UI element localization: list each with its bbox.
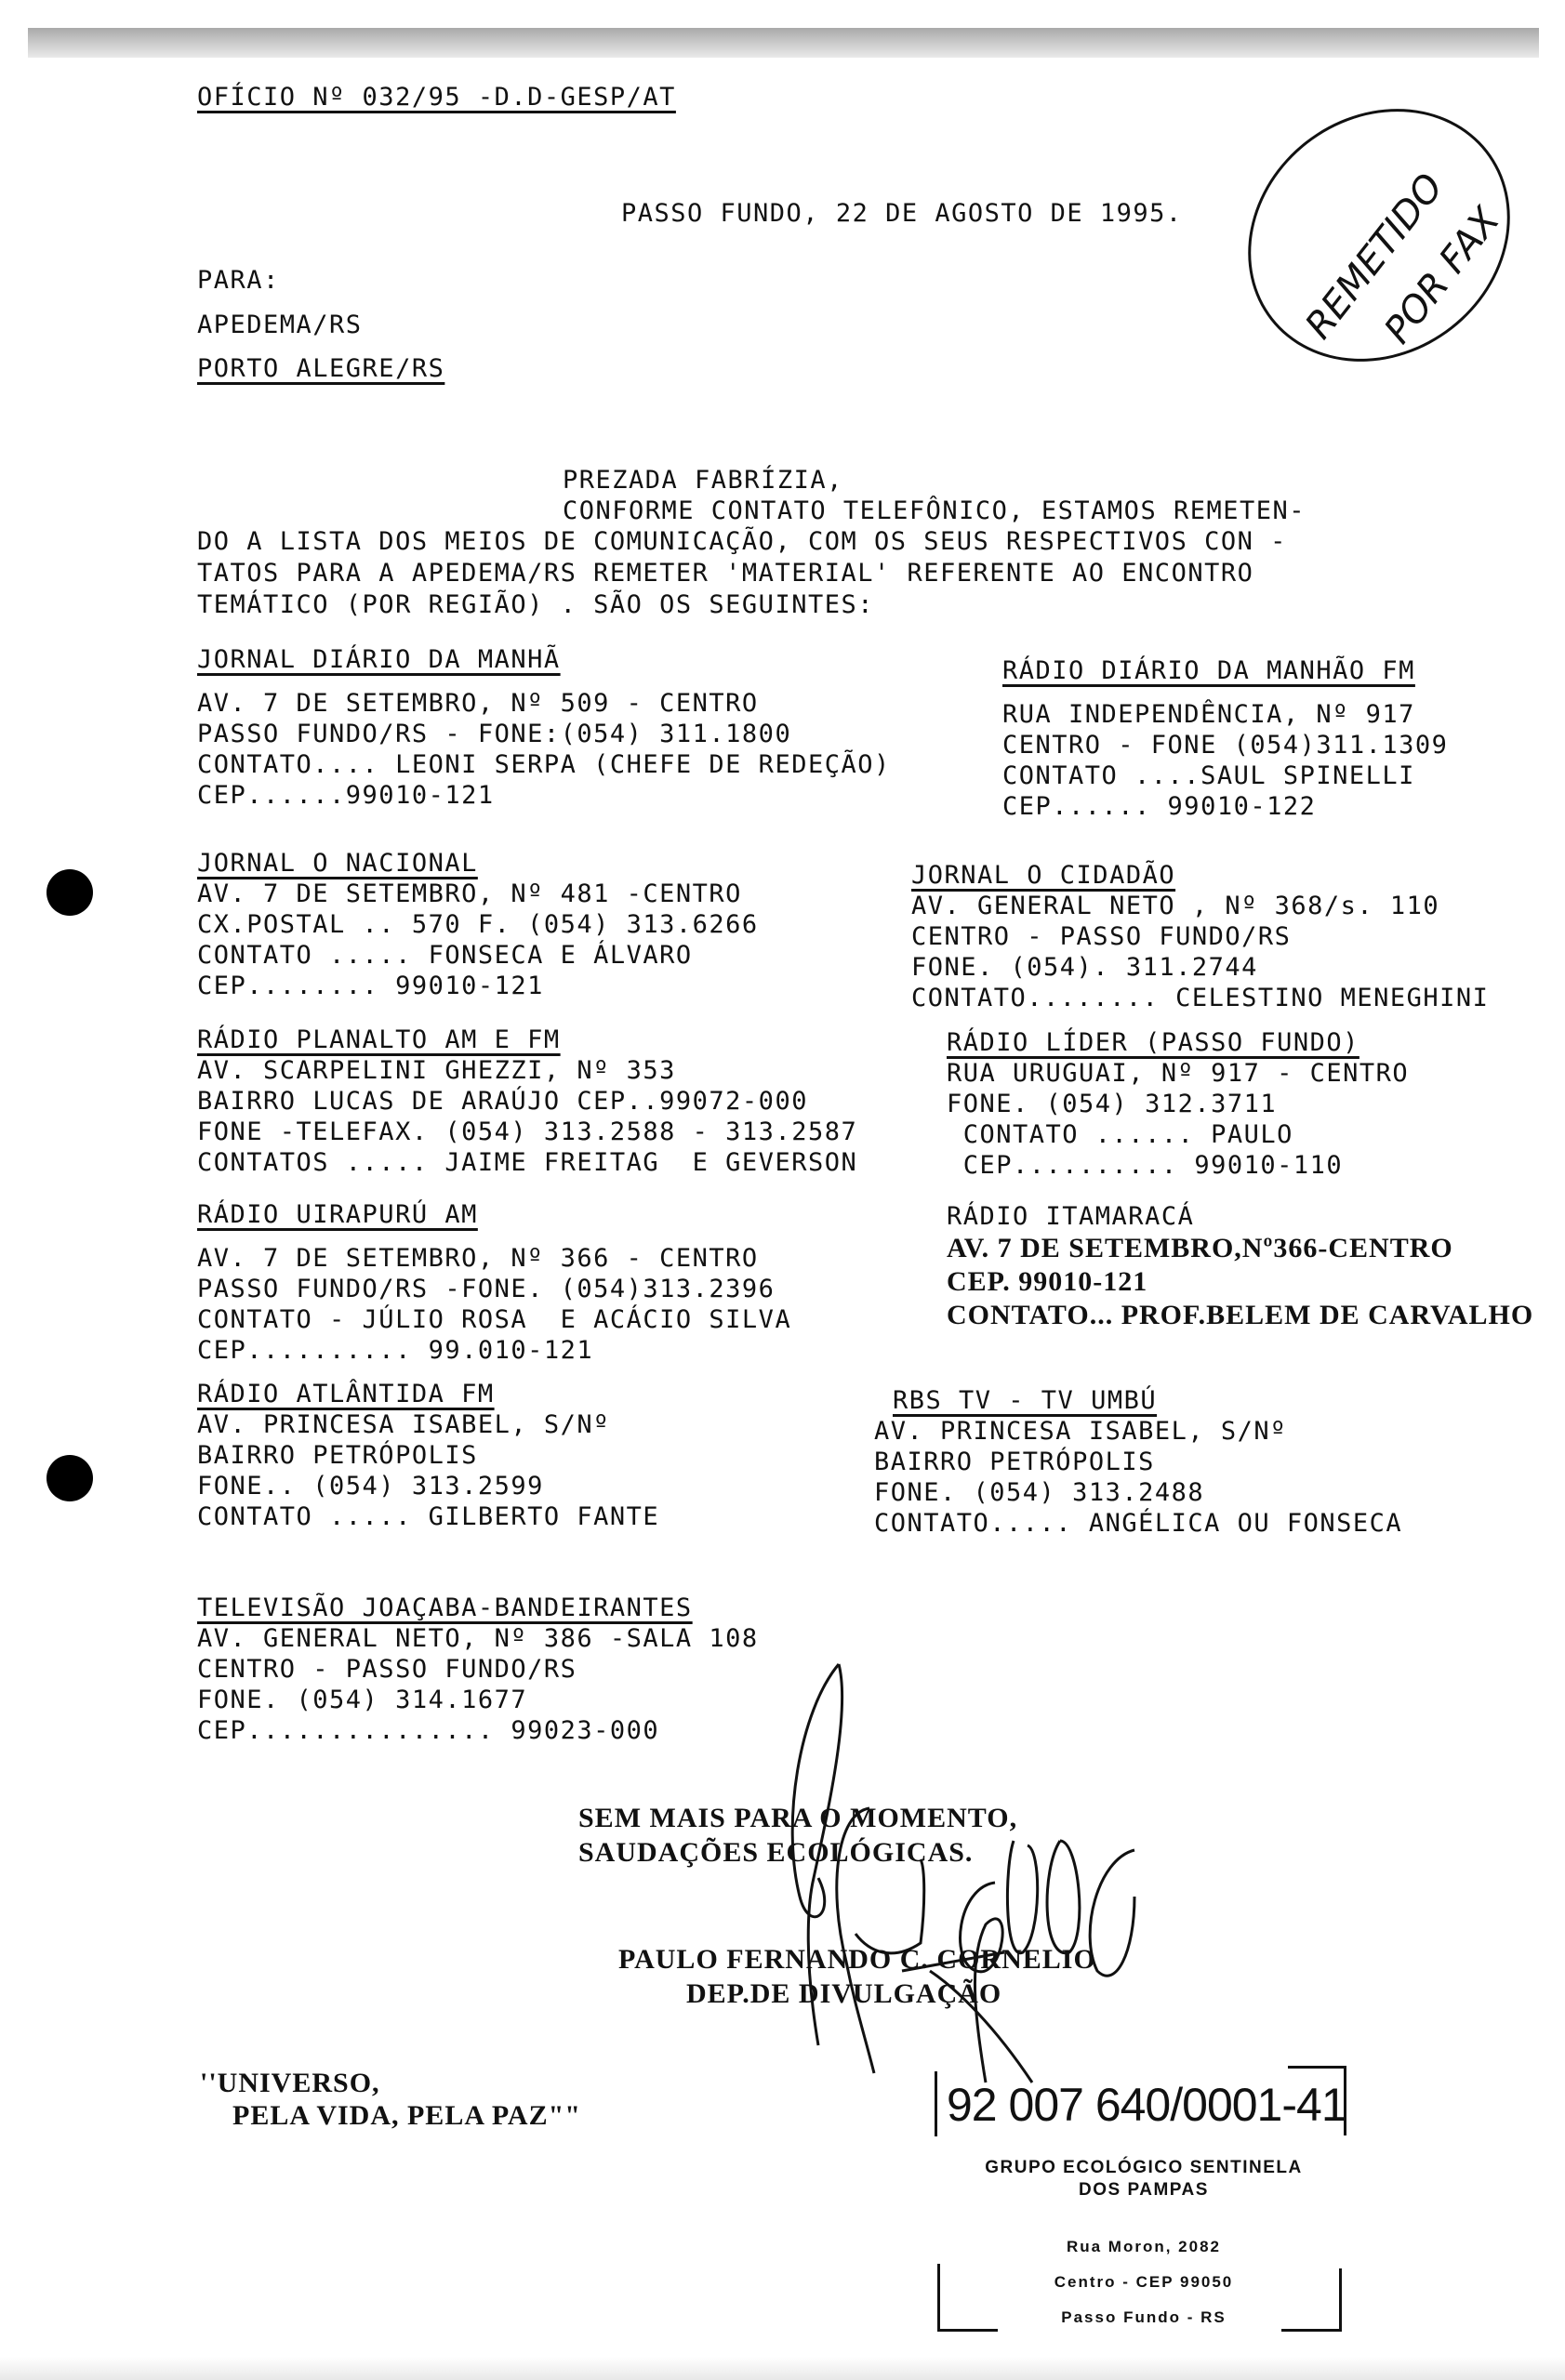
contact-line: BAIRRO LUCAS DE ARAÚJO CEP..99072-000 <box>197 1086 857 1117</box>
contact-line: FONE.. (054) 313.2599 <box>197 1471 659 1501</box>
contact-tv-joacaba: TELEVISÃO JOAÇABA-BANDEIRANTES AV. GENER… <box>197 1593 759 1746</box>
contact-line: CONTATO ..... FONSECA E ÁLVARO <box>197 940 759 971</box>
contact-line: FONE -TELEFAX. (054) 313.2588 - 313.2587 <box>197 1117 857 1147</box>
contact-title: RÁDIO ATLÂNTIDA FM <box>197 1379 659 1409</box>
contact-rbs-tv: RBS TV - TV UMBÚ AV. PRINCESA ISABEL, S/… <box>874 1385 1402 1539</box>
stamp-corner-left-bottom <box>937 2264 998 2332</box>
org-district: Centro - CEP 99050 <box>967 2265 1320 2300</box>
org-name-block: GRUPO ECOLÓGICO SENTINELA DOS PAMPAS <box>967 2157 1320 2201</box>
contact-line: CONTATO..... ANGÉLICA OU FONSECA <box>874 1508 1402 1539</box>
contact-radio-lider: RÁDIO LÍDER (PASSO FUNDO) RUA URUGUAI, N… <box>947 1027 1409 1181</box>
contact-line: CONTATO - JÚLIO ROSA E ACÁCIO SILVA <box>197 1304 791 1335</box>
contact-title: RÁDIO LÍDER (PASSO FUNDO) <box>947 1027 1409 1058</box>
motto-line2: PELA VIDA, PELA PAZ"" <box>232 2099 581 2133</box>
contact-line: CONTATOS ..... JAIME FREITAG E GEVERSON <box>197 1147 857 1178</box>
handwritten-signature <box>763 1655 1153 2082</box>
scan-artifact-bottom <box>0 2357 1565 2380</box>
document-reference: OFÍCIO Nº 032/95 -D.D-GESP/AT <box>197 82 676 112</box>
contact-line: RUA URUGUAI, Nº 917 - CENTRO <box>947 1058 1409 1089</box>
punch-hole-upper <box>46 869 93 916</box>
contact-line: CEP. 99010-121 <box>947 1265 1533 1299</box>
contact-radio-diario-da-manha: RÁDIO DIÁRIO DA MANHÃO FM RUA INDEPENDÊN… <box>1002 655 1448 822</box>
org-name-line2: DOS PAMPAS <box>967 2179 1320 2201</box>
org-address: Rua Moron, 2082 <box>967 2229 1320 2265</box>
org-cnpj: 92 007 640/0001-41 <box>947 2078 1346 2132</box>
contact-line: BAIRRO PETRÓPOLIS <box>874 1447 1402 1477</box>
stamp-corner-right-bottom <box>1281 2268 1342 2332</box>
motto-line1: ''UNIVERSO, <box>200 2067 380 2100</box>
body-line: DO A LISTA DOS MEIOS DE COMUNICAÇÃO, COM… <box>197 526 1287 557</box>
contact-line: BAIRRO PETRÓPOLIS <box>197 1440 659 1471</box>
contact-radio-itamaraca: RÁDIO ITAMARACÁ AV. 7 DE SETEMBRO,Nº366-… <box>947 1201 1533 1332</box>
org-city: Passo Fundo - RS <box>967 2300 1320 2335</box>
punch-hole-lower <box>46 1455 93 1501</box>
contact-line: CONTATO ...... PAULO <box>947 1119 1409 1150</box>
contact-line: FONE. (054) 314.1677 <box>197 1685 759 1715</box>
contact-line: AV. 7 DE SETEMBRO, Nº 509 - CENTRO <box>197 688 891 719</box>
contact-line: AV. 7 DE SETEMBRO, Nº 366 - CENTRO <box>197 1243 791 1274</box>
contact-line: CONTATO... PROF.BELEM DE CARVALHO <box>947 1299 1533 1332</box>
stamp-corner-right-top <box>1288 2066 1346 2135</box>
stamp-corner-left-top <box>935 2071 937 2136</box>
contact-title: JORNAL O CIDADÃO <box>911 860 1489 891</box>
contact-line: CONTATO........ CELESTINO MENEGHINI <box>911 983 1489 1013</box>
contact-line: AV. PRINCESA ISABEL, S/Nº <box>197 1409 659 1440</box>
contact-radio-uirapuru: RÁDIO UIRAPURÚ AM AV. 7 DE SETEMBRO, Nº … <box>197 1199 791 1366</box>
contact-line: CONTATO ....SAUL SPINELLI <box>1002 760 1448 791</box>
recipient-label: PARA: <box>197 265 280 296</box>
contact-line: AV. PRINCESA ISABEL, S/Nº <box>874 1416 1402 1447</box>
contact-line: CEP........ 99010-121 <box>197 971 759 1001</box>
body-line: CONFORME CONTATO TELEFÔNICO, ESTAMOS REM… <box>563 496 1306 526</box>
contact-line: FONE. (054). 311.2744 <box>911 952 1489 983</box>
contact-line: CEP.......... 99.010-121 <box>197 1335 791 1366</box>
contact-title: TELEVISÃO JOAÇABA-BANDEIRANTES <box>197 1593 759 1623</box>
contact-line: CX.POSTAL .. 570 F. (054) 313.6266 <box>197 909 759 940</box>
contact-line: AV. SCARPELINI GHEZZI, Nº 353 <box>197 1055 857 1086</box>
salutation: PREZADA FABRÍZIA, <box>563 465 843 496</box>
contact-line: CENTRO - FONE (054)311.1309 <box>1002 730 1448 760</box>
scan-artifact-top <box>28 28 1539 58</box>
contact-title: JORNAL DIÁRIO DA MANHÃ <box>197 644 891 675</box>
body-line: TATOS PARA A APEDEMA/RS REMETER 'MATERIA… <box>197 558 1253 588</box>
contact-line: RUA INDEPENDÊNCIA, Nº 917 <box>1002 699 1448 730</box>
contact-line: CONTATO.... LEONI SERPA (CHEFE DE REDEÇÃ… <box>197 749 891 780</box>
org-address-block: Rua Moron, 2082 Centro - CEP 99050 Passo… <box>967 2229 1320 2335</box>
contact-line: AV. GENERAL NETO , Nº 368/s. 110 <box>911 891 1489 921</box>
contact-title: RÁDIO PLANALTO AM E FM <box>197 1025 857 1055</box>
contact-jornal-o-nacional: JORNAL O NACIONAL AV. 7 DE SETEMBRO, Nº … <box>197 848 759 1001</box>
contact-radio-atlantida: RÁDIO ATLÂNTIDA FM AV. PRINCESA ISABEL, … <box>197 1379 659 1532</box>
contact-line: CEP............... 99023-000 <box>197 1715 759 1746</box>
contact-line: CEP...... 99010-122 <box>1002 791 1448 822</box>
org-name-line1: GRUPO ECOLÓGICO SENTINELA <box>967 2157 1320 2179</box>
contact-radio-planalto: RÁDIO PLANALTO AM E FM AV. SCARPELINI GH… <box>197 1025 857 1178</box>
contact-jornal-diario-da-manha: JORNAL DIÁRIO DA MANHÃ AV. 7 DE SETEMBRO… <box>197 644 891 811</box>
contact-line: AV. 7 DE SETEMBRO, Nº 481 -CENTRO <box>197 879 759 909</box>
recipient-name: APEDEMA/RS <box>197 310 363 340</box>
contact-line: FONE. (054) 312.3711 <box>947 1089 1409 1119</box>
contact-jornal-o-cidadao: JORNAL O CIDADÃO AV. GENERAL NETO , Nº 3… <box>911 860 1489 1013</box>
contact-line: FONE. (054) 313.2488 <box>874 1477 1402 1508</box>
contact-line: CENTRO - PASSO FUNDO/RS <box>911 921 1489 952</box>
contact-title: RÁDIO ITAMARACÁ <box>947 1201 1533 1232</box>
contact-title: JORNAL O NACIONAL <box>197 848 759 879</box>
contact-title: RÁDIO UIRAPURÚ AM <box>197 1199 791 1230</box>
contact-line: CONTATO ..... GILBERTO FANTE <box>197 1501 659 1532</box>
contact-line: CENTRO - PASSO FUNDO/RS <box>197 1654 759 1685</box>
contact-line: CEP......99010-121 <box>197 780 891 811</box>
contact-line: AV. GENERAL NETO, Nº 386 -SALA 108 <box>197 1623 759 1654</box>
body-line: TEMÁTICO (POR REGIÃO) . SÃO OS SEGUINTES… <box>197 589 874 620</box>
recipient-city: PORTO ALEGRE/RS <box>197 353 444 384</box>
contact-line: CEP.......... 99010-110 <box>947 1150 1409 1181</box>
contact-title: RBS TV - TV UMBÚ <box>874 1385 1402 1416</box>
contact-line: PASSO FUNDO/RS - FONE:(054) 311.1800 <box>197 719 891 749</box>
place-date: PASSO FUNDO, 22 DE AGOSTO DE 1995. <box>621 198 1183 229</box>
contact-line: PASSO FUNDO/RS -FONE. (054)313.2396 <box>197 1274 791 1304</box>
contact-line: AV. 7 DE SETEMBRO,Nº366-CENTRO <box>947 1232 1533 1265</box>
contact-title: RÁDIO DIÁRIO DA MANHÃO FM <box>1002 655 1448 686</box>
